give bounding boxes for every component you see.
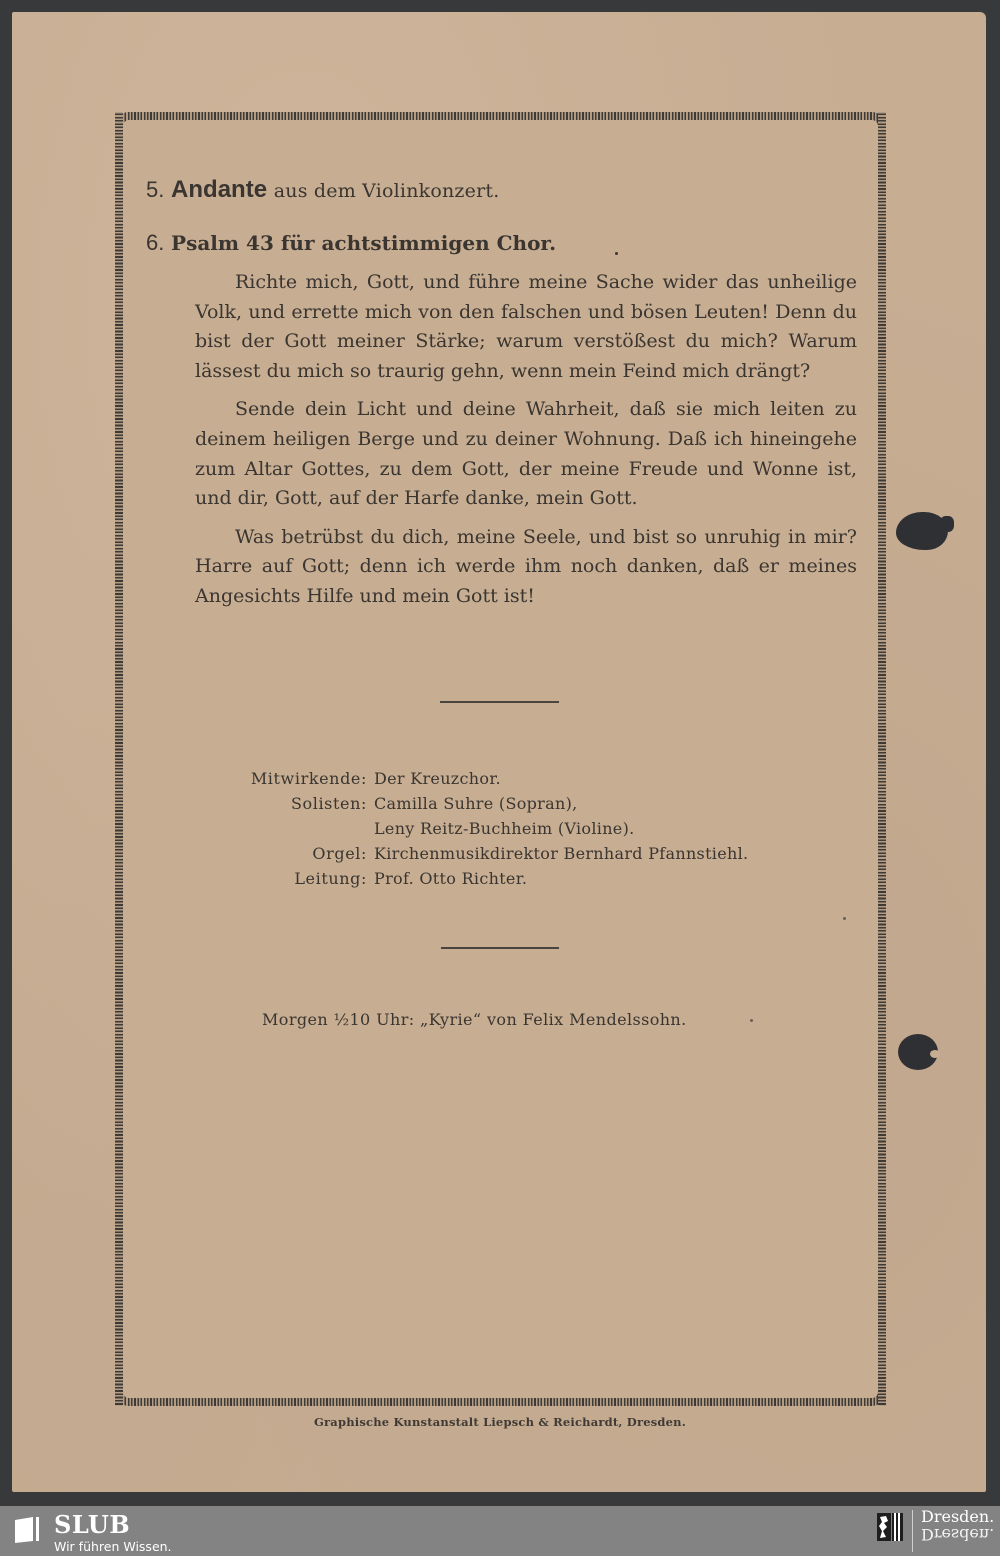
slub-brand[interactable]: SLUB <box>54 1510 130 1539</box>
paper-speck <box>843 917 846 920</box>
item-title: Andante <box>171 176 267 203</box>
credit-row: Leitung: Prof. Otto Richter. <box>232 866 748 891</box>
dresden-crest-icon[interactable] <box>877 1513 903 1541</box>
footer-divider <box>912 1510 913 1552</box>
item-number: 6. <box>146 230 164 255</box>
ink-blot <box>898 1034 938 1070</box>
item-description: aus dem Violinkonzert. <box>274 180 500 202</box>
book-icon <box>13 1514 41 1544</box>
performers-credits: Mitwirkende: Der Kreuzchor. Solisten: Ca… <box>232 766 748 891</box>
credit-label: Solisten: <box>232 791 374 816</box>
psalm-verse-1: Richte mich, Gott, und führe meine Sache… <box>195 268 857 386</box>
credit-row: Leny Reitz-Buchheim (Violine). <box>232 816 748 841</box>
dresden-partner-logo-reflection: Dresden. <box>921 1525 994 1543</box>
credit-row: Orgel: Kirchenmusikdirektor Bernhard Pfa… <box>232 841 748 866</box>
item-title: Psalm 43 für achtstimmigen Chor. <box>171 231 556 255</box>
next-day-announcement: Morgen ½10 Uhr: „Kyrie“ von Felix Mendel… <box>262 1010 687 1029</box>
credit-row: Mitwirkende: Der Kreuzchor. <box>232 766 748 791</box>
credit-label: Mitwirkende: <box>232 766 374 791</box>
program-item-6: 6. Psalm 43 für achtstimmigen Chor. <box>146 230 556 256</box>
credit-value: Camilla Suhre (Sopran), <box>374 791 578 816</box>
divider-rule <box>441 947 559 949</box>
item-number: 5. <box>146 177 164 202</box>
psalm-text: Richte mich, Gott, und führe meine Sache… <box>195 268 857 612</box>
printer-imprint: Graphische Kunstanstalt Liepsch & Reicha… <box>0 1415 1000 1429</box>
slub-tagline: Wir führen Wissen. <box>54 1539 172 1554</box>
program-item-5: 5. Andante aus dem Violinkonzert. <box>146 176 499 204</box>
credit-value: Kirchenmusikdirektor Bernhard Pfannstieh… <box>374 841 748 866</box>
credit-value: Prof. Otto Richter. <box>374 866 527 891</box>
scan-viewport: 5. Andante aus dem Violinkonzert. 6. Psa… <box>0 0 1000 1506</box>
viewer-footer-bar: SLUB Wir führen Wissen. <box>0 1506 1000 1556</box>
paper-speck <box>750 1019 753 1022</box>
ink-blot <box>896 512 948 550</box>
credit-value: Der Kreuzchor. <box>374 766 501 791</box>
credit-label: Leitung: <box>232 866 374 891</box>
psalm-verse-3: Was betrübst du dich, meine Seele, und b… <box>195 523 857 612</box>
credit-value: Leny Reitz-Buchheim (Violine). <box>374 816 635 841</box>
stray-print-dot <box>615 252 618 255</box>
credit-label <box>232 816 374 841</box>
divider-rule <box>440 701 559 703</box>
dresden-partner-logo[interactable]: Dresden. <box>921 1508 994 1526</box>
credit-row: Solisten: Camilla Suhre (Sopran), <box>232 791 748 816</box>
psalm-verse-2: Sende dein Licht und deine Wahrheit, daß… <box>195 395 857 513</box>
credit-label: Orgel: <box>232 841 374 866</box>
